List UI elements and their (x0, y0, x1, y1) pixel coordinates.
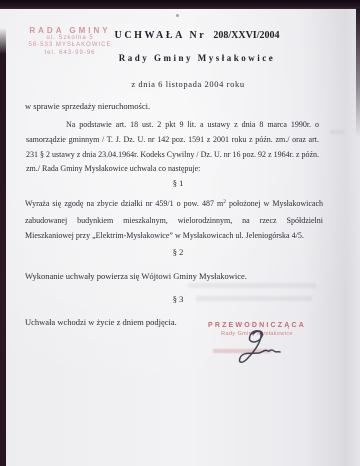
resolution-title: UCHWAŁA Nr208/XXVI/2004 (0, 30, 360, 41)
council-address-city: 58-533 MYSŁAKOWICE (20, 42, 120, 50)
bleed-through-artifact (196, 296, 312, 301)
section-1-text-start: Wyraża się zgodę na zbycie działki nr 45… (25, 199, 223, 208)
scan-right-edge (356, 8, 360, 138)
legal-basis-paragraph: Na podstawie art. 18 ust. 2 pkt 9 lit. a… (26, 118, 319, 177)
bleed-through-artifact (188, 283, 316, 288)
bleed-through-artifact (330, 130, 344, 134)
section-2-text: Wykonanie uchwały powierza się Wójtowi G… (25, 271, 247, 281)
square-meter-superscript: 2 (223, 199, 226, 205)
resolution-title-label: UCHWAŁA Nr (115, 30, 207, 41)
resolution-number: 208/XXVI/2004 (213, 30, 279, 41)
section-3-text: Uchwała wchodzi w życie z dniem podjęcia… (25, 317, 177, 327)
subject-line: w sprawie sprzedaży nieruchomości. (25, 101, 150, 111)
resolution-date-line: z dnia 6 listopada 2004 roku (0, 79, 360, 89)
section-1-mark: § 1 (0, 178, 356, 188)
scan-speck (176, 14, 179, 17)
council-name-line: Rady Gminy Mysłakowice (0, 53, 360, 63)
section-1-text: Wyraża się zgodę na zbycie działki nr 45… (25, 196, 323, 243)
section-2-mark: § 2 (0, 247, 356, 257)
scan-top-edge (0, 0, 360, 9)
handwritten-signature (224, 327, 286, 369)
